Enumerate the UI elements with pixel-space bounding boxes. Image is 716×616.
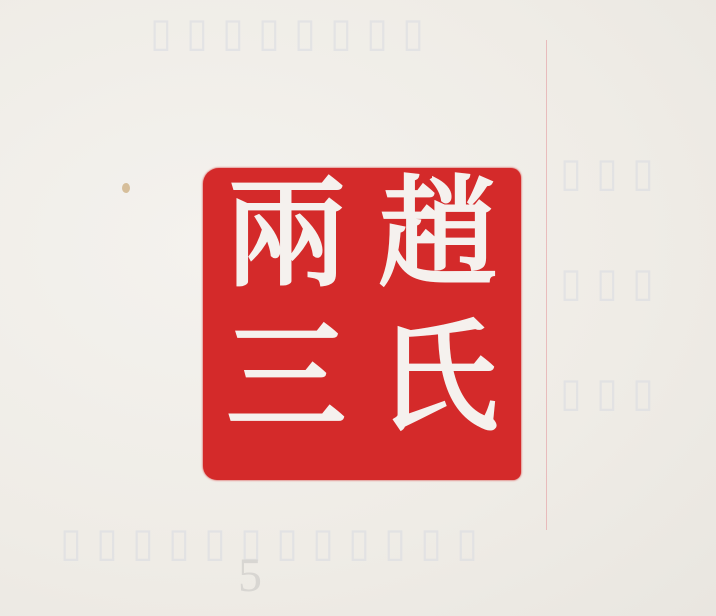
show-through-text: ▯▯▯▯▯▯▯▯▯▯▯▯ (60, 520, 492, 566)
red-rule-line (546, 40, 547, 530)
show-through-text: ▯▯▯ (560, 260, 668, 306)
seal-character: 兩 (211, 174, 361, 294)
page-number: 5 (238, 548, 262, 603)
show-through-text: ▯▯▯▯▯▯▯▯ (150, 10, 438, 56)
seal-character: 趙 (363, 174, 513, 294)
seal-character: 三 (211, 318, 361, 438)
show-through-text: ▯▯▯ (560, 150, 668, 196)
seal-character: 氏 (363, 318, 513, 438)
paper-stain (122, 183, 130, 193)
seal-impression: 兩 三 趙 氏 (203, 168, 521, 480)
show-through-text: ▯▯▯ (560, 370, 668, 416)
